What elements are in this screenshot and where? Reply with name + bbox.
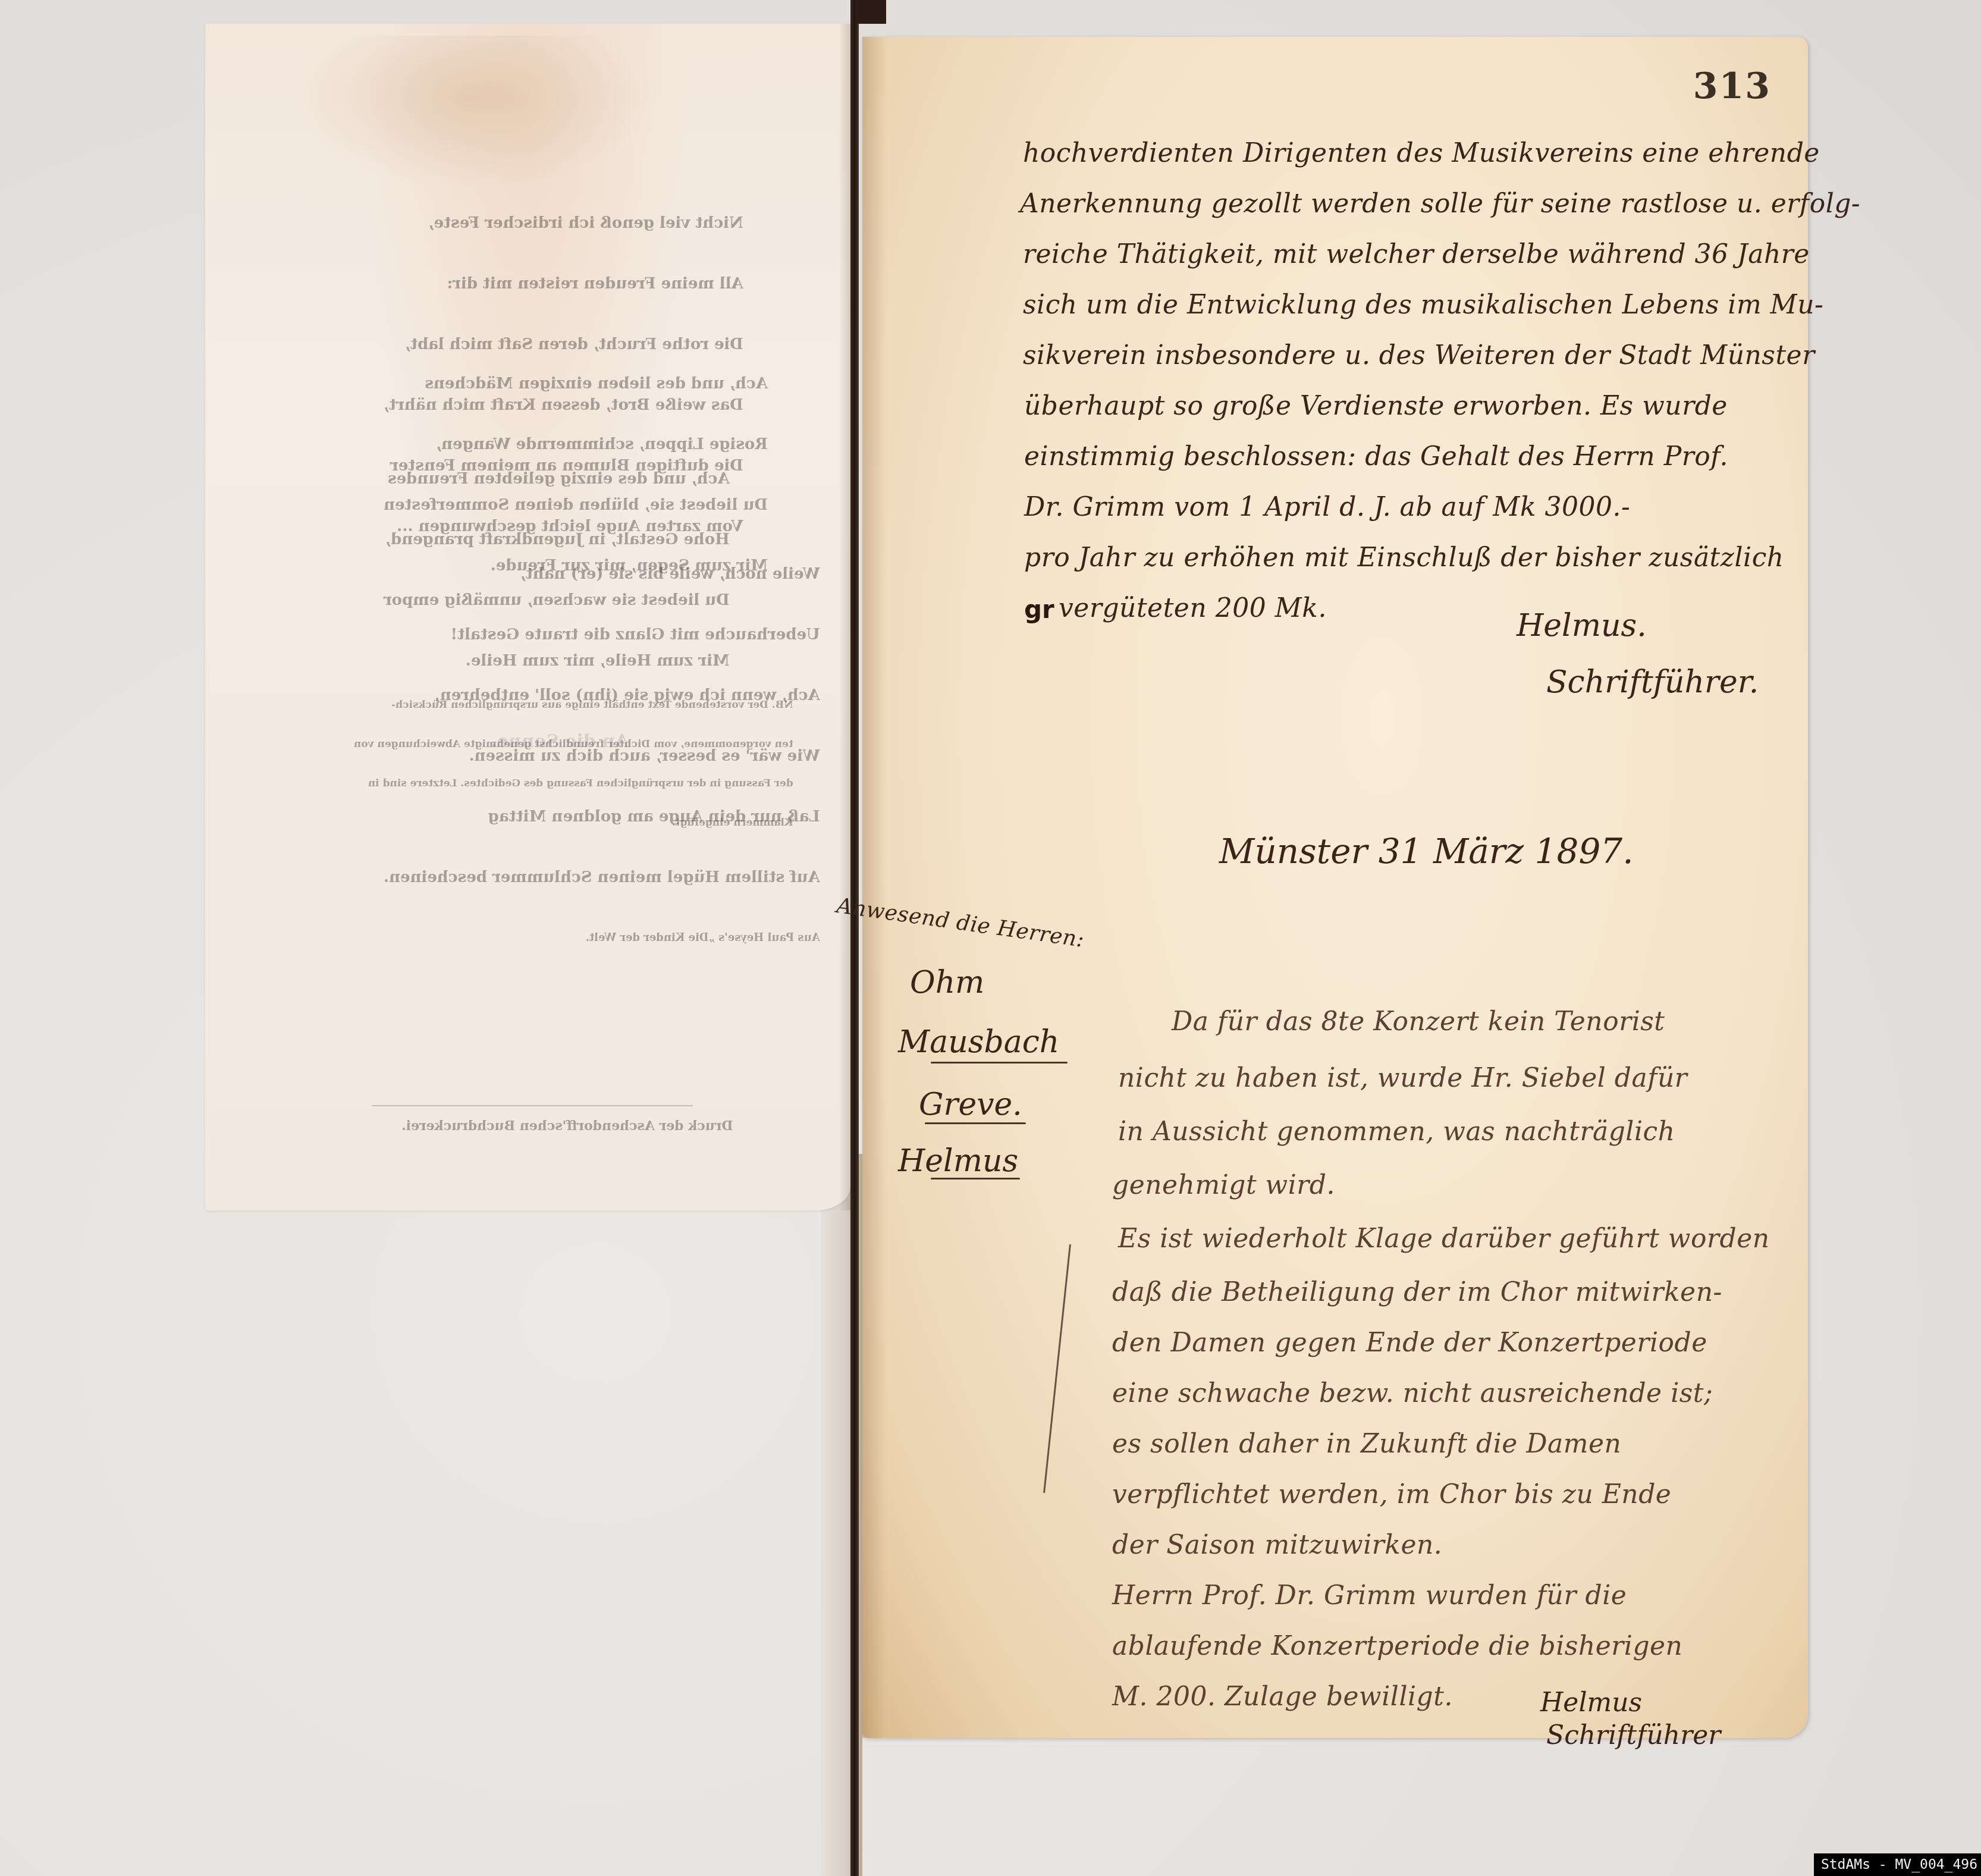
bleed-line: NB. Der vorstehende Text enthält einige … xyxy=(354,698,793,711)
signature-title: Schriftführer xyxy=(1546,1720,1721,1750)
entry1-line: überhaupt so große Verdienste erworben. … xyxy=(1024,391,1728,421)
leaf-rule xyxy=(372,1105,693,1106)
printer-imprint: Druck der Aschendorff'schen Buchdruckere… xyxy=(401,1116,733,1136)
entry1-line: sich um die Entwicklung des musikalische… xyxy=(1023,290,1823,320)
attendee-underline xyxy=(931,1178,1020,1179)
attendee-name: Greve. xyxy=(919,1087,1022,1122)
bleed-line: Klammern eingefügt. xyxy=(354,816,793,829)
archive-caption: StdAMs - MV_004_496 xyxy=(1814,1853,1981,1876)
attendee-name: Helmus xyxy=(898,1143,1018,1179)
bleed-line: All meine Freuden reisten mit dir: xyxy=(384,274,743,294)
bleed-line: Nicht viel genoß ich irdischer Feste, xyxy=(384,213,743,233)
bleed-line: Ach, und des einzig geliebten Freundes xyxy=(384,469,730,489)
binding-shadow xyxy=(856,0,886,24)
struck-out-mark: gr xyxy=(1024,595,1054,624)
entry2-line: ablaufende Konzertperiode die bisherigen xyxy=(1112,1631,1682,1661)
entry1-line: einstimmig beschlossen: das Gehalt des H… xyxy=(1024,441,1728,472)
page-number: 313 xyxy=(1693,65,1771,107)
signature-name: Helmus xyxy=(1540,1687,1642,1718)
entry1-line: Dr. Grimm vom 1 April d. J. ab auf Mk 30… xyxy=(1024,492,1630,522)
entry2-line: Es ist wiederholt Klage darüber geführt … xyxy=(1118,1224,1770,1254)
entry2-line: es sollen daher in Zukunft die Damen xyxy=(1112,1429,1621,1459)
gutter-shadow xyxy=(862,37,886,1738)
margin-bracket-line xyxy=(1043,1244,1071,1493)
entry2-date-heading: Münster 31 März 1897. xyxy=(1219,831,1634,871)
attendee-underline xyxy=(931,1062,1068,1064)
entry2-line: nicht zu haben ist, wurde Hr. Siebel daf… xyxy=(1118,1063,1687,1093)
pasted-printed-leaf: Nicht viel genoß ich irdischer Feste, Al… xyxy=(205,24,850,1210)
bleed-line: Ueberhauche mit Glanz die traute Gestalt… xyxy=(384,625,820,645)
bleed-line: der Fassung in der ursprünglichen Fassun… xyxy=(354,777,793,790)
entry2-line: genehmigt wird. xyxy=(1112,1170,1335,1200)
attendee-name: Mausbach xyxy=(898,1024,1059,1060)
book-spine xyxy=(850,0,859,1876)
bleed-line: Ach, und des lieben einzigen Mädchens xyxy=(384,374,768,394)
entry1-line: hochverdienten Dirigenten des Musikverei… xyxy=(1023,138,1820,168)
attendee-underline xyxy=(925,1122,1026,1124)
faint-heading: An die Sonne. xyxy=(491,732,629,752)
entry2-line: verpflichtet werden, im Chor bis zu Ende xyxy=(1112,1479,1671,1510)
bleed-through-note: NB. Der vorstehende Text enthält einige … xyxy=(354,672,793,855)
entry2-line: Herrn Prof. Dr. Grimm wurden für die xyxy=(1112,1580,1627,1611)
entry2-line: den Damen gegen Ende der Konzertperiode xyxy=(1112,1328,1707,1358)
entry2-line: in Aussicht genommen, was nachträglich xyxy=(1118,1116,1675,1147)
bleed-line: Weile noch, weile bis sie (er) naht, xyxy=(384,564,820,584)
leaf-edge-shadow xyxy=(839,24,850,1210)
entry1-line: sikverein insbesondere u. des Weiteren d… xyxy=(1023,340,1815,371)
entry1-line: Anerkennung gezollt werden solle für sei… xyxy=(1020,189,1860,219)
attendee-name: Ohm xyxy=(910,965,984,1000)
entry1-line: pro Jahr zu erhöhen mit Einschluß der bi… xyxy=(1024,542,1784,573)
bleed-line: Aus Paul Heyse's „Die Kinder der Welt. xyxy=(384,928,820,948)
bleed-line: Auf stillem Hügel meinen Schlummer besch… xyxy=(384,867,820,887)
entry2-line: daß die Betheiligung der im Chor mitwirk… xyxy=(1112,1277,1722,1307)
entry2-line: der Saison mitzuwirken. xyxy=(1112,1530,1442,1560)
entry1-line: vergüteten 200 Mk. xyxy=(1059,593,1327,623)
manuscript-page: 313 hochverdienten Dirigenten des Musikv… xyxy=(862,37,1808,1738)
entry1-line: reiche Thätigkeit, mit welcher derselbe … xyxy=(1023,239,1810,269)
water-stain xyxy=(294,36,651,190)
signature-title: Schriftführer. xyxy=(1546,664,1759,700)
signature-name: Helmus. xyxy=(1517,608,1647,644)
entry2-line: M. 200. Zulage bewilligt. xyxy=(1112,1682,1453,1712)
entry2-line: eine schwache bezw. nicht ausreichende i… xyxy=(1112,1378,1713,1408)
entry2-line: Da für das 8te Konzert kein Tenorist xyxy=(1172,1006,1665,1037)
